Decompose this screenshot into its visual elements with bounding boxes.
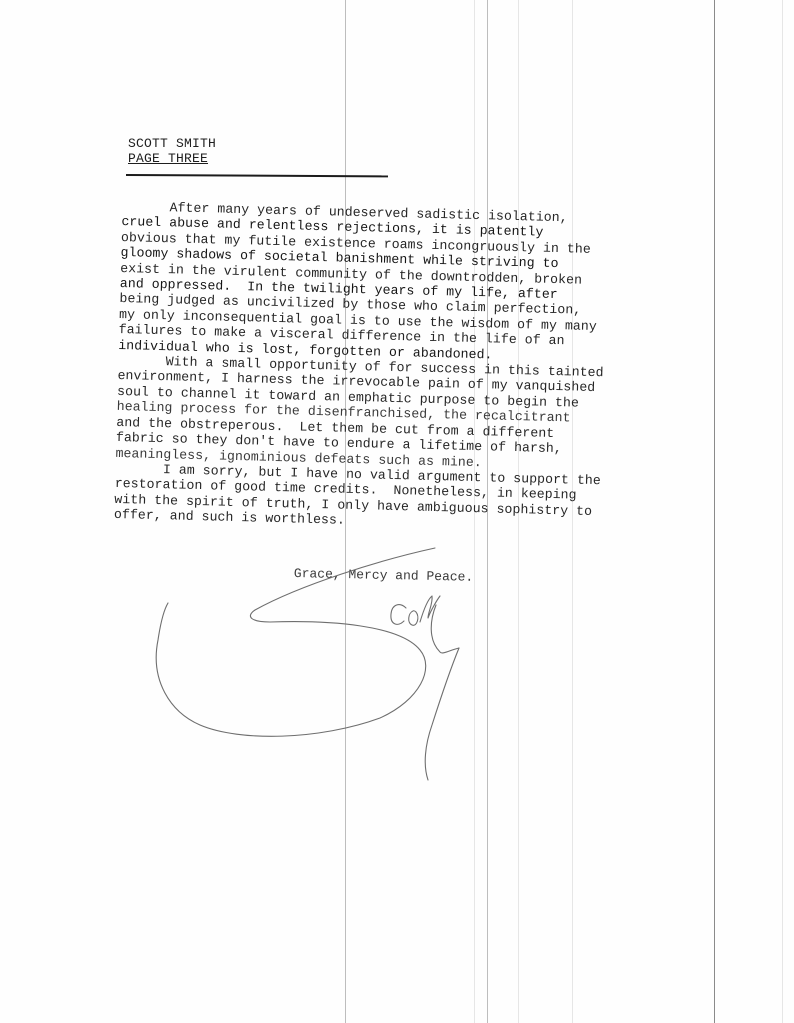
header-rule xyxy=(126,174,388,177)
scan-artifact-line xyxy=(782,0,783,1023)
scanned-letter-page: SCOTT SMITH PAGE THREE After many years … xyxy=(0,0,794,1023)
page-label: PAGE THREE xyxy=(128,151,216,166)
paragraph-2: With a small opportunity of for success … xyxy=(115,353,708,476)
paragraph-1: After many years of undeserved sadistic … xyxy=(118,199,712,368)
letter-body: After many years of undeserved sadistic … xyxy=(114,199,712,537)
scan-artifact-line xyxy=(714,0,715,1023)
letter-header: SCOTT SMITH PAGE THREE xyxy=(128,136,216,166)
author-name: SCOTT SMITH xyxy=(128,136,216,151)
closing-salutation: Grace, Mercy and Peace. xyxy=(294,566,474,585)
